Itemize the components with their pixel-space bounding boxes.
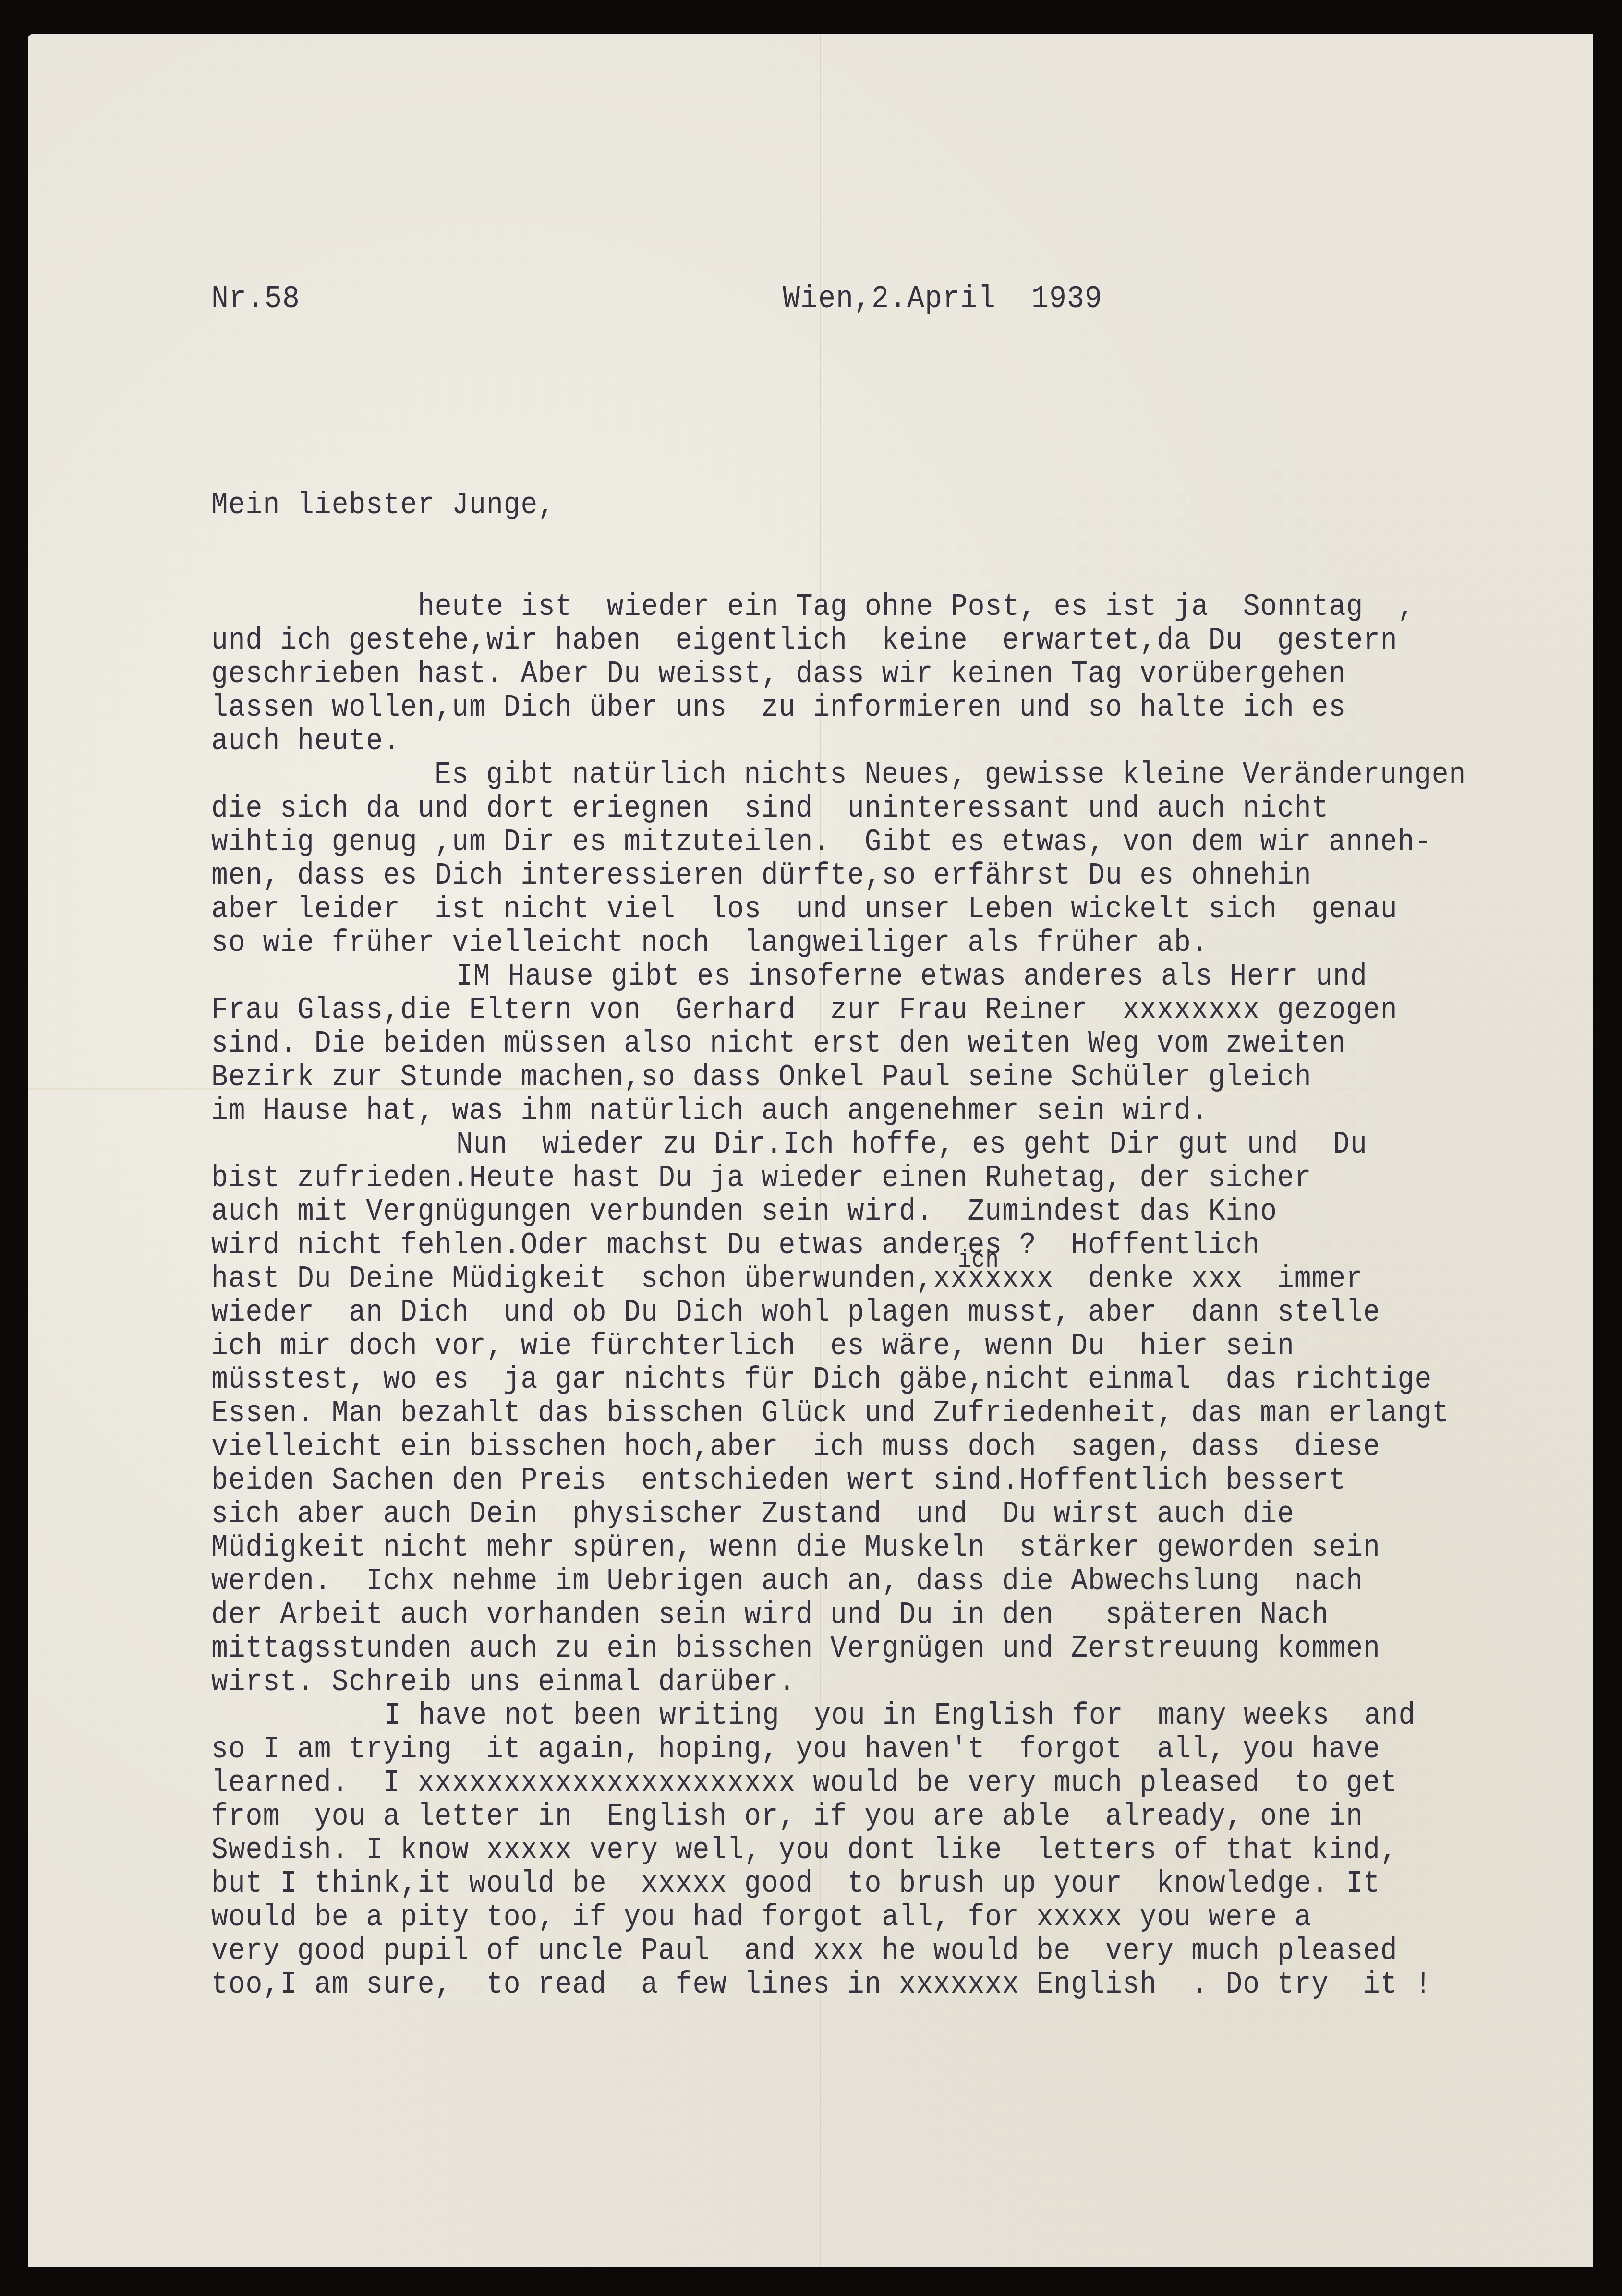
letter-line: im Hause hat, was ihm natürlich auch ang… [211, 1095, 1209, 1128]
letter-line: Bezirk zur Stunde machen,so dass Onkel P… [211, 1062, 1312, 1094]
letter-line: hast Du Deine Müdigkeit schon überwunden… [211, 1263, 1363, 1296]
letter-line: Swedish. I know xxxxx very well, you don… [211, 1835, 1398, 1867]
letter-line: from you a letter in English or, if you … [211, 1801, 1363, 1833]
letter-line: müsstest, wo es ja gar nichts für Dich g… [211, 1364, 1432, 1396]
typed-insertion-above-line: ich [958, 1244, 999, 1276]
letter-line: men, dass es Dich interessieren dürfte,s… [211, 860, 1312, 892]
letter-line: die sich da und dort eriegnen sind unint… [211, 793, 1329, 825]
letter-line: werden. Ichx nehme im Uebrigen auch an, … [211, 1566, 1363, 1598]
letter-line: wird nicht fehlen.Oder machst Du etwas a… [211, 1230, 1260, 1262]
letter-line: bist zufrieden.Heute hast Du ja wieder e… [211, 1163, 1312, 1195]
letter-line: vielleicht ein bisschen hoch,aber ich mu… [211, 1431, 1380, 1464]
letter-line: wihtig genug ,um Dir es mitzuteilen. Gib… [211, 827, 1432, 859]
letter-line: sich aber auch Dein physischer Zustand u… [211, 1499, 1295, 1531]
letter-line: heute ist wieder ein Tag ohne Post, es i… [418, 591, 1415, 624]
letter-line: Essen. Man bezahlt das bisschen Glück un… [211, 1398, 1449, 1430]
letter-line: geschrieben hast. Aber Du weisst, dass w… [211, 659, 1346, 691]
letter-line: aber leider ist nicht viel los und unser… [211, 894, 1398, 926]
letter-line: Frau Glass,die Eltern von Gerhard zur Fr… [211, 995, 1398, 1027]
letter-line: auch mit Vergnügungen verbunden sein wir… [211, 1196, 1277, 1228]
place-and-date: Wien,2.April 1939 [783, 283, 1102, 315]
letter-line: but I think,it would be xxxxx good to br… [211, 1868, 1380, 1900]
letter-line: wirst. Schreib uns einmal darüber. [211, 1667, 796, 1699]
letter-line: mittagsstunden auch zu ein bisschen Verg… [211, 1633, 1380, 1665]
letter-line: learned. I xxxxxxxxxxxxxxxxxxxxxx would … [211, 1767, 1398, 1800]
letter-line: I have not been writing you in English f… [384, 1700, 1416, 1732]
letter-number: Nr.58 [211, 283, 300, 315]
letter-line: very good pupil of uncle Paul and xxx he… [211, 1935, 1398, 1968]
letter-line: der Arbeit auch vorhanden sein wird und … [211, 1599, 1329, 1632]
letter-line: so I am trying it again, hoping, you hav… [211, 1734, 1380, 1766]
letter-line: und ich gestehe,wir haben eigentlich kei… [211, 625, 1398, 657]
letter-line: IM Hause gibt es insoferne etwas anderes… [456, 961, 1368, 993]
letter-line: Müdigkeit nicht mehr spüren, wenn die Mu… [211, 1532, 1380, 1564]
letter-line: too,I am sure, to read a few lines in xx… [211, 1969, 1432, 2001]
letter-line: would be a pity too, if you had forgot a… [211, 1902, 1312, 1934]
letter-line: sind. Die beiden müssen also nicht erst … [211, 1028, 1346, 1060]
letter-line: lassen wollen,um Dich über uns zu inform… [211, 692, 1346, 724]
letter-page: Nr.58 Wien,2.April 1939 Mein liebster Ju… [28, 34, 1593, 2267]
letter-line: beiden Sachen den Preis entschieden wert… [211, 1465, 1346, 1497]
letter-line: Es gibt natürlich nichts Neues, gewisse … [435, 759, 1466, 792]
letter-line: so wie früher vielleicht noch langweilig… [211, 927, 1209, 960]
letter-line: auch heute. [211, 726, 400, 758]
letter-line: ich mir doch vor, wie fürchterlich es wä… [211, 1331, 1295, 1363]
letter-line: wieder an Dich und ob Du Dich wohl plage… [211, 1297, 1380, 1329]
letter-line: Nun wieder zu Dir.Ich hoffe, es geht Dir… [456, 1129, 1368, 1161]
salutation: Mein liebster Junge, [211, 490, 555, 522]
